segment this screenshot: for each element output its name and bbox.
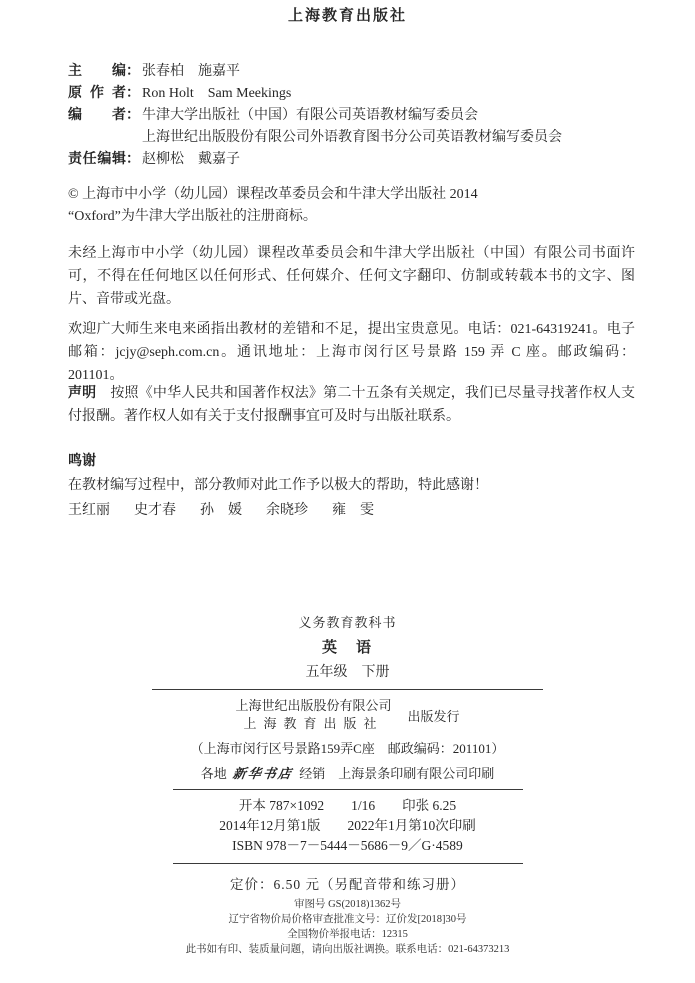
quality-exchange-notice: 此书如有印、装质量问题，请向出版社调换。联系电话：021-64373213 (152, 942, 543, 957)
credit-label: 编者 (68, 105, 126, 149)
credit-value-line1: 牛津大学出版社（中国）有限公司英语教材编写委员会 (142, 105, 562, 127)
acknowledged-name: 孙 媛 (200, 499, 242, 519)
copyright-block: © 上海市中小学（幼儿园）课程改革委员会和牛津大学出版社 2014 “Oxfor… (68, 184, 635, 228)
credit-colon: ： (126, 149, 140, 171)
credit-colon: ： (126, 83, 140, 105)
legal-notes: 审图号 GS(2018)1362号 辽宁省物价局价格审查批准文号：辽价发[201… (152, 897, 543, 957)
map-approval-number: 审图号 GS(2018)1362号 (152, 897, 543, 912)
acknowledged-name: 史才春 (134, 499, 176, 519)
contact-paragraph: 欢迎广大师生来电来函指出教材的差错和不足，提出宝贵意见。电话：021-64319… (68, 318, 635, 387)
credit-value: 牛津大学出版社（中国）有限公司英语教材编写委员会 上海世纪出版股份有限公司外语教… (140, 105, 562, 149)
acknowledgement-heading: 鸣谢 (68, 450, 96, 470)
xinhua-bookstore-script: 新华书店 (229, 763, 298, 782)
colophon-page: 上海教育出版社 主编： 张春柏 施嘉平 原作者： Ron Holt Sam Me… (0, 0, 695, 983)
print-specs: 开本 787×1092 1/16 印张 6.25 2014年12月第1版 202… (152, 796, 543, 856)
credit-row-compilers: 编者： 牛津大学出版社（中国）有限公司英语教材编写委员会 上海世纪出版股份有限公… (68, 105, 635, 149)
credit-row-original-authors: 原作者： Ron Holt Sam Meekings (68, 83, 635, 105)
price-line: 定价：6.50 元（另配音带和练习册） (152, 873, 543, 893)
distribution-suffix: 经销 上海景条印刷有限公司印刷 (299, 766, 494, 781)
distribution-prefix: 各地 (201, 766, 227, 781)
statement-paragraph: 声明按照《中华人民共和国著作权法》第二十五条有关规定，我们已尽量寻找著作权人支付… (68, 382, 635, 428)
divider-middle-2 (173, 863, 523, 864)
acknowledged-name: 余晓珍 (266, 499, 308, 519)
permission-paragraph: 未经上海市中小学（幼儿园）课程改革委员会和牛津大学出版社（中国）有限公司书面许可… (68, 242, 635, 311)
price-report-hotline: 全国物价举报电话：12315 (152, 927, 543, 942)
publisher-row: 上海世纪出版股份有限公司 上海教育出版社 出版发行 (152, 697, 543, 733)
publisher-address: （上海市闵行区号景路159弄C座 邮政编码：201101） (152, 738, 543, 757)
credit-label: 原作者 (68, 83, 126, 105)
credit-colon: ： (126, 61, 140, 83)
acknowledged-name: 雍 雯 (332, 499, 374, 519)
publisher-names: 上海世纪出版股份有限公司 上海教育出版社 (235, 697, 391, 733)
credit-row-chief-editor: 主编： 张春柏 施嘉平 (68, 61, 635, 83)
press-header: 上海教育出版社 (0, 4, 695, 25)
credit-value-line2: 上海世纪出版股份有限公司外语教育图书分公司英语教材编写委员会 (142, 127, 562, 149)
colophon-block: 义务教育教科书 英 语 五年级 下册 上海世纪出版股份有限公司 上海教育出版社 … (152, 612, 543, 957)
credit-value: 张春柏 施嘉平 (140, 61, 240, 83)
distribution-line: 各地 新华书店 经销 上海景条印刷有限公司印刷 (152, 763, 543, 782)
publisher-group: 上海世纪出版股份有限公司 (235, 697, 391, 715)
acknowledged-name: 王红丽 (68, 499, 110, 519)
acknowledgement-text: 在教材编写过程中，部分教师对此工作予以极大的帮助，特此感谢！ (68, 474, 635, 494)
credit-label: 主编 (68, 61, 126, 83)
publisher-press: 上海教育出版社 (235, 715, 391, 733)
statement-text: 按照《中华人民共和国著作权法》第二十五条有关规定，我们已尽量寻找著作权人支付报酬… (68, 386, 635, 424)
isbn-line: ISBN 978－7－5444－5686－9／G·4589 (152, 836, 543, 856)
statement-label: 声明 (68, 386, 96, 401)
format-line: 开本 787×1092 1/16 印张 6.25 (152, 796, 543, 816)
divider-top (152, 689, 543, 690)
credits-block: 主编： 张春柏 施嘉平 原作者： Ron Holt Sam Meekings 编… (68, 61, 635, 171)
credit-value: 赵柳松 戴嘉子 (140, 149, 240, 171)
price-approval-number: 辽宁省物价局价格审查批准文号：辽价发[2018]30号 (152, 912, 543, 927)
acknowledgement-names: 王红丽 史才春 孙 媛 余晓珍 雍 雯 (68, 499, 374, 519)
credit-row-responsible-editors: 责任编辑： 赵柳松 戴嘉子 (68, 149, 635, 171)
trademark-line: “Oxford”为牛津大学出版社的注册商标。 (68, 206, 635, 228)
credit-value: Ron Holt Sam Meekings (140, 83, 291, 105)
copyright-line: © 上海市中小学（幼儿园）课程改革委员会和牛津大学出版社 2014 (68, 184, 635, 206)
series-title: 义务教育教科书 (152, 612, 543, 631)
publish-distribute-label: 出版发行 (408, 706, 460, 725)
edition-line: 2014年12月第1版 2022年1月第10次印刷 (152, 816, 543, 836)
book-title: 英 语 (152, 636, 543, 657)
grade-volume: 五年级 下册 (152, 661, 543, 681)
credit-colon: ： (126, 105, 140, 149)
divider-middle-1 (173, 789, 523, 790)
credit-label: 责任编辑 (68, 149, 126, 171)
